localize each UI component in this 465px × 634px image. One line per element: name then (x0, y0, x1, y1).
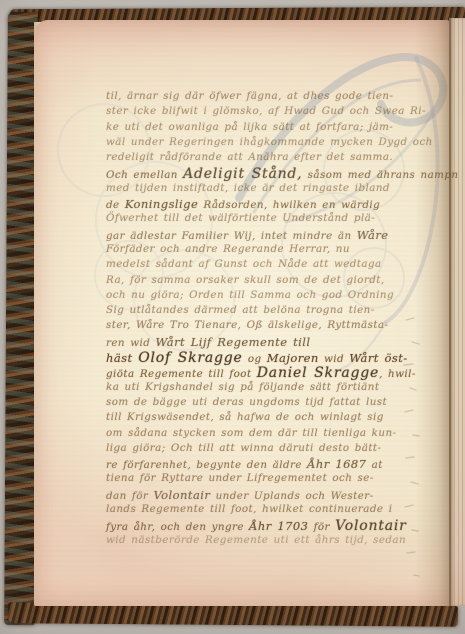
manuscript-text-segment: Sig utlåtandes därmed att belöna trogna … (106, 304, 375, 316)
manuscript-line: medelst sådant af Gunst och Nåde att wed… (106, 258, 418, 273)
manuscript-text-segment: Wårt Lijf Regemente till (156, 335, 311, 349)
manuscript-text-segment: re förfarenhet, begynte den äldre (106, 459, 307, 471)
leaf-stack-edge-right (449, 18, 465, 606)
manuscript-text-segment: och nu giöra; Orden till Samma och god O… (106, 289, 394, 301)
manuscript-text-segment: Koningslige (125, 197, 198, 211)
manuscript-text-segment: Ra, för samma orsaker skull som de det g… (106, 274, 385, 286)
manuscript-text-segment: liga giöra; Och till att winna däruti de… (106, 442, 381, 454)
manuscript-line: ster icke blifwit i glömsko, af Hwad Gud… (106, 105, 418, 120)
manuscript-text-segment: og (243, 353, 267, 365)
manuscript-text-segment: Volontair (153, 488, 210, 502)
manuscript-line: ka uti Krigshandel sig på följande sätt … (106, 381, 418, 396)
manuscript-line: gar ädlestar Familier Wij, intet mindre … (106, 228, 418, 243)
manuscript-text-segment: ka uti Krigshandel sig på följande sätt … (106, 381, 379, 393)
manuscript-line: ren wid Wårt Lijf Regemente till (106, 335, 418, 350)
manuscript-line: de Koningslige Rådsorden, hwilken en wär… (106, 197, 418, 212)
manuscript-text-segment: medelst sådant af Gunst och Nåde att wed… (106, 258, 382, 270)
manuscript-text-segment: Förfäder och andre Regerande Herrar, nu (106, 243, 350, 255)
manuscript-text-segment: dan för (106, 490, 153, 502)
manuscript-text-segment: , hwil- (379, 368, 416, 380)
manuscript-line: med tijden instiftadt, icke är det ringa… (106, 182, 418, 197)
manuscript-line: om sådana stycken som dem där till tienl… (106, 427, 418, 442)
manuscript-text-segment: som de bägge uti deras ungdoms tijd fatt… (106, 396, 387, 408)
manuscript-text-segment: Wårt öst- (349, 351, 407, 365)
manuscript-text-segment: häst (106, 351, 138, 365)
manuscript-text-segment: fyra åhr, och den yngre (106, 521, 249, 533)
manuscript-text-segment: redeligit rådförande att Anähra efter de… (106, 151, 393, 163)
manuscript-text-segment: Öfwerhet till det wälförtiente Understån… (106, 212, 375, 224)
manuscript-line: ke uti det owanliga på lijka sätt at for… (106, 121, 418, 136)
manuscript-line: som de bägge uti deras ungdoms tijd fatt… (106, 396, 418, 411)
manuscript-text-segment: til, ärnar sig där öfwer fägna, at dhes … (106, 90, 393, 102)
manuscript-text-segment: Åhr 1703 (249, 519, 308, 533)
manuscript-text-segment: om sådana stycken som dem där till tienl… (106, 427, 396, 439)
manuscript-text-segment: Rådsorden, hwilken en wärdig (198, 199, 380, 211)
manuscript-emphasized-text: Volontair (335, 518, 407, 534)
manuscript-line: re förfarenhet, begynte den äldre Åhr 16… (106, 457, 418, 472)
manuscript-line: Ra, för samma orsaker skull som de det g… (106, 274, 418, 289)
manuscript-line: och nu giöra; Orden till Samma och god O… (106, 289, 418, 304)
manuscript-line: redeligit rådförande att Anähra efter de… (106, 151, 418, 166)
manuscript-text-block: til, ärnar sig där öfwer fägna, at dhes … (106, 90, 418, 549)
manuscript-text-segment: gar ädlestar Familier Wij, intet mindre … (106, 230, 357, 242)
manuscript-text-segment: wid (319, 353, 350, 365)
manuscript-line: till Krigswäsendet, så hafwa de och winl… (106, 411, 418, 426)
manuscript-text-segment: Wåre (357, 228, 389, 242)
manuscript-text-segment: till Krigswäsendet, så hafwa de och winl… (106, 411, 384, 423)
manuscript-line: giöta Regemente till foot Daniel Skragge… (106, 365, 418, 380)
manuscript-page: til, ärnar sig där öfwer fägna, at dhes … (34, 20, 449, 606)
manuscript-line: liga giöra; Och till att winna däruti de… (106, 442, 418, 457)
manuscript-text-segment: ren wid (106, 337, 156, 349)
manuscript-line: wid nästberörde Regemente uti ett åhrs t… (106, 534, 418, 549)
manuscript-line: wäl under Regeringen ihågkommande mycken… (106, 136, 418, 151)
manuscript-line: tiena för Ryttare under Lifregementet oc… (106, 472, 418, 487)
manuscript-text-segment: för (308, 521, 335, 533)
manuscript-line: ster, Wåre Tro Tienare, Oß älskelige, Ry… (106, 319, 418, 334)
book-cover-spine-edge (4, 12, 38, 625)
manuscript-text-segment: wid nästberörde Regemente uti ett åhrs t… (106, 534, 406, 546)
manuscript-line: häst Olof Skragge og Majoren wid Wårt ös… (106, 350, 418, 365)
manuscript-line: lands Regemente till foot, hwilket conti… (106, 503, 418, 518)
manuscript-text-segment: at (366, 459, 382, 471)
manuscript-text-segment: Majoren (267, 351, 319, 365)
manuscript-emphasized-text: Olof Skragge (138, 350, 242, 366)
manuscript-emphasized-text: Adeligit Stånd, (183, 166, 302, 182)
manuscript-text-segment: wäl under Regeringen ihågkommande mycken… (106, 136, 433, 148)
manuscript-text-segment: ster, Wåre Tro Tienare, Oß älskelige, Ry… (106, 319, 389, 331)
manuscript-text-segment: med tijden instiftadt, icke är det ringa… (106, 182, 390, 194)
manuscript-text-segment: ster icke blifwit i glömsko, af Hwad Gud… (106, 105, 426, 117)
gutter-shadow (415, 20, 449, 606)
manuscript-text-segment: lands Regemente till foot, hwilket conti… (106, 503, 392, 515)
manuscript-line: Öfwerhet till det wälförtiente Understån… (106, 212, 418, 227)
manuscript-text-segment: ke uti det owanliga på lijka sätt at for… (106, 121, 393, 133)
manuscript-line: dan för Volontair under Uplands och West… (106, 488, 418, 503)
manuscript-emphasized-text: Daniel Skragge (257, 365, 379, 381)
manuscript-line: Och emellan Adeligit Stånd, såsom med äh… (106, 166, 418, 181)
manuscript-line: fyra åhr, och den yngre Åhr 1703 för Vol… (106, 518, 418, 533)
photo-canvas: til, ärnar sig där öfwer fägna, at dhes … (0, 0, 465, 634)
manuscript-text-segment: de (106, 199, 125, 211)
manuscript-text-segment: Åhr 1687 (307, 457, 366, 471)
manuscript-text-segment: giöta Regemente till foot (106, 368, 257, 380)
manuscript-line: Förfäder och andre Regerande Herrar, nu (106, 243, 418, 258)
manuscript-text-segment: tiena för Ryttare under Lifregementet oc… (106, 472, 374, 484)
manuscript-line: til, ärnar sig där öfwer fägna, at dhes … (106, 90, 418, 105)
manuscript-text-segment: under Uplands och Wester- (210, 490, 373, 502)
manuscript-text-segment: Och emellan (106, 169, 183, 181)
manuscript-line: Sig utlåtandes därmed att belöna trogna … (106, 304, 418, 319)
